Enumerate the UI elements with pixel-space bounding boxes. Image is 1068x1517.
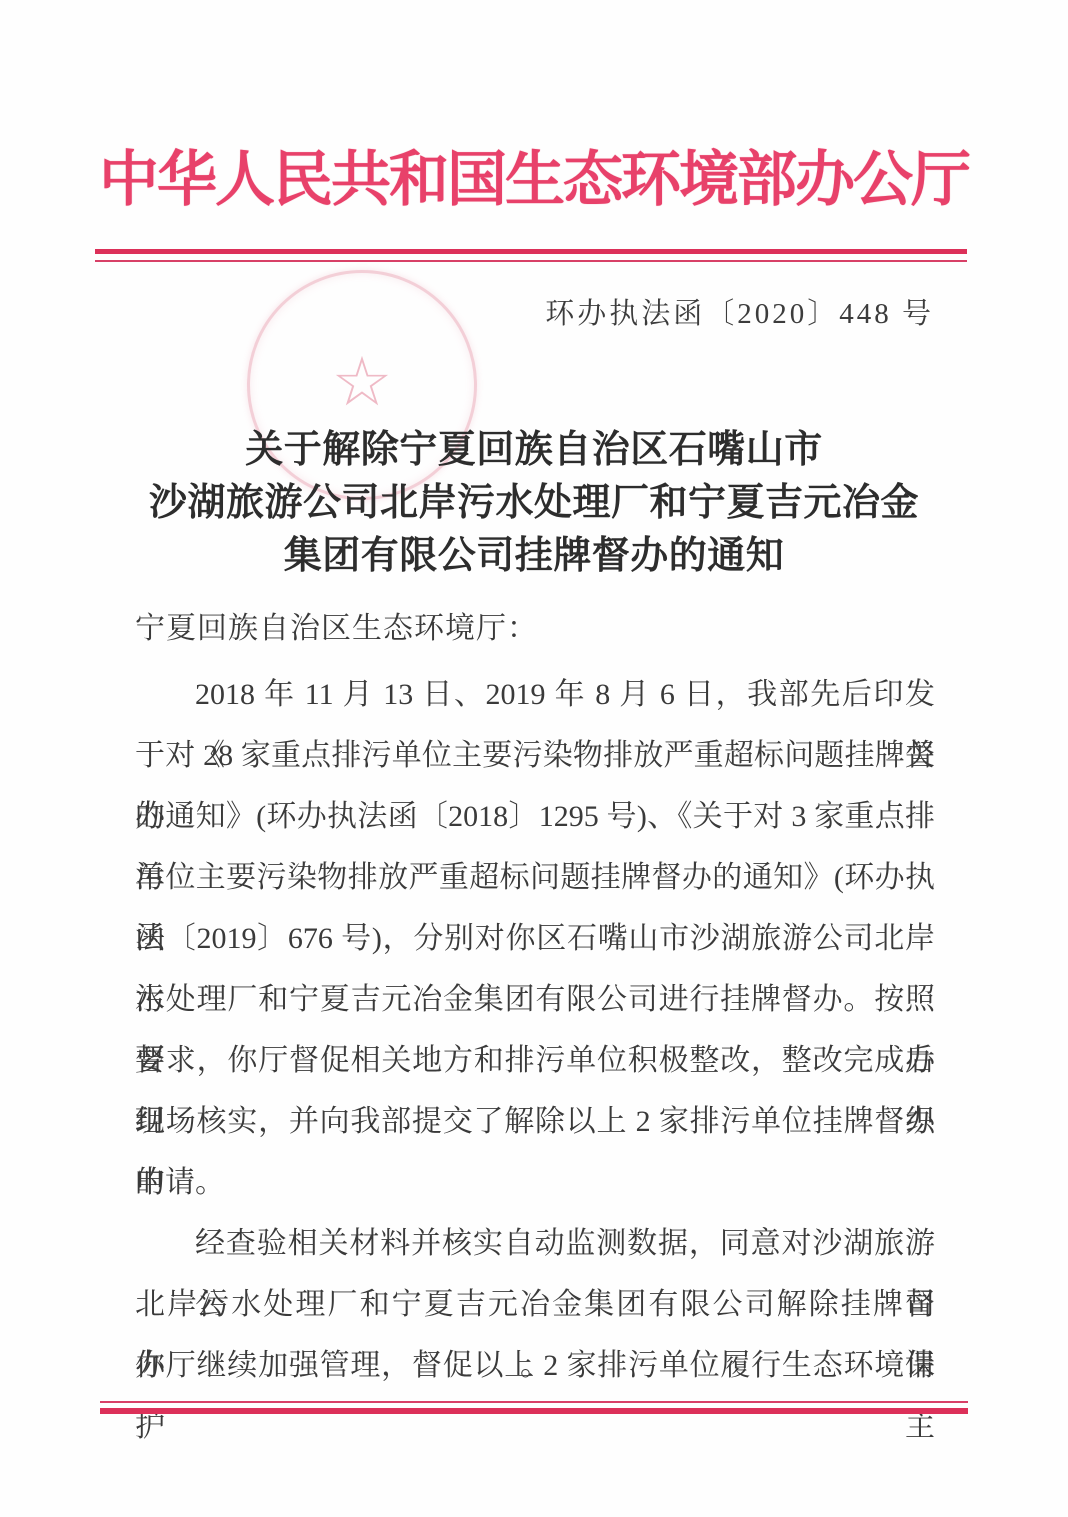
body-line: 于对 28 家重点排污单位主要污染物排放严重超标问题挂牌督办 (135, 725, 935, 786)
title-line: 沙湖旅游公司北岸污水处理厂和宁夏吉元冶金 (0, 477, 1068, 530)
bottom-red-rule-thick (100, 1408, 968, 1414)
body-line: 单位主要污染物排放严重超标问题挂牌督办的通知》(环办执法 (135, 847, 935, 908)
seal-star-icon: ☆ (332, 349, 393, 417)
bottom-red-rule-thin (100, 1401, 968, 1403)
document-page: 中华人民共和国生态环境部办公厅 环办执法函〔2020〕448 号 ☆ 关于解除宁… (0, 0, 1068, 1517)
body-line: 经查验相关材料并核实自动监测数据，同意对沙湖旅游公司 (135, 1213, 935, 1274)
body-line: 函〔2019〕676 号)，分别对你区石嘴山市沙湖旅游公司北岸污 (135, 908, 935, 969)
top-red-rule-thick (95, 249, 967, 254)
salutation: 宁夏回族自治区生态环境厅： (135, 608, 538, 650)
body-line: 2018 年 11 月 13 日、2019 年 8 月 6 日，我部先后印发《关 (135, 664, 935, 725)
top-red-rule-thin (95, 260, 967, 262)
body-line: 水处理厂和宁夏吉元冶金集团有限公司进行挂牌督办。按照督办 (135, 969, 935, 1030)
body-line: 申请。 (135, 1152, 935, 1213)
letterhead-org-title: 中华人民共和国生态环境部办公厅 (0, 146, 1068, 215)
body-line: 北岸污水处理厂和宁夏吉元冶金集团有限公司解除挂牌督办。请 (135, 1274, 935, 1335)
title-line: 集团有限公司挂牌督办的通知 (0, 530, 1068, 583)
title-line: 关于解除宁夏回族自治区石嘴山市 (0, 424, 1068, 477)
body-line: 要求，你厅督促相关地方和排污单位积极整改，整改完成后组织 (135, 1030, 935, 1091)
document-number: 环办执法函〔2020〕448 号 (545, 291, 934, 332)
body-line: 你厅继续加强管理，督促以上 2 家排污单位履行生态环境保护主 (135, 1335, 935, 1396)
body-line: 现场核实，并向我部提交了解除以上 2 家排污单位挂牌督办的 (135, 1091, 935, 1152)
body-paragraphs: 2018 年 11 月 13 日、2019 年 8 月 6 日，我部先后印发《关… (135, 664, 935, 1396)
body-line: 的通知》(环办执法函〔2018〕1295 号)、《关于对 3 家重点排污 (135, 786, 935, 847)
document-title: 关于解除宁夏回族自治区石嘴山市 沙湖旅游公司北岸污水处理厂和宁夏吉元冶金 集团有… (0, 424, 1068, 583)
